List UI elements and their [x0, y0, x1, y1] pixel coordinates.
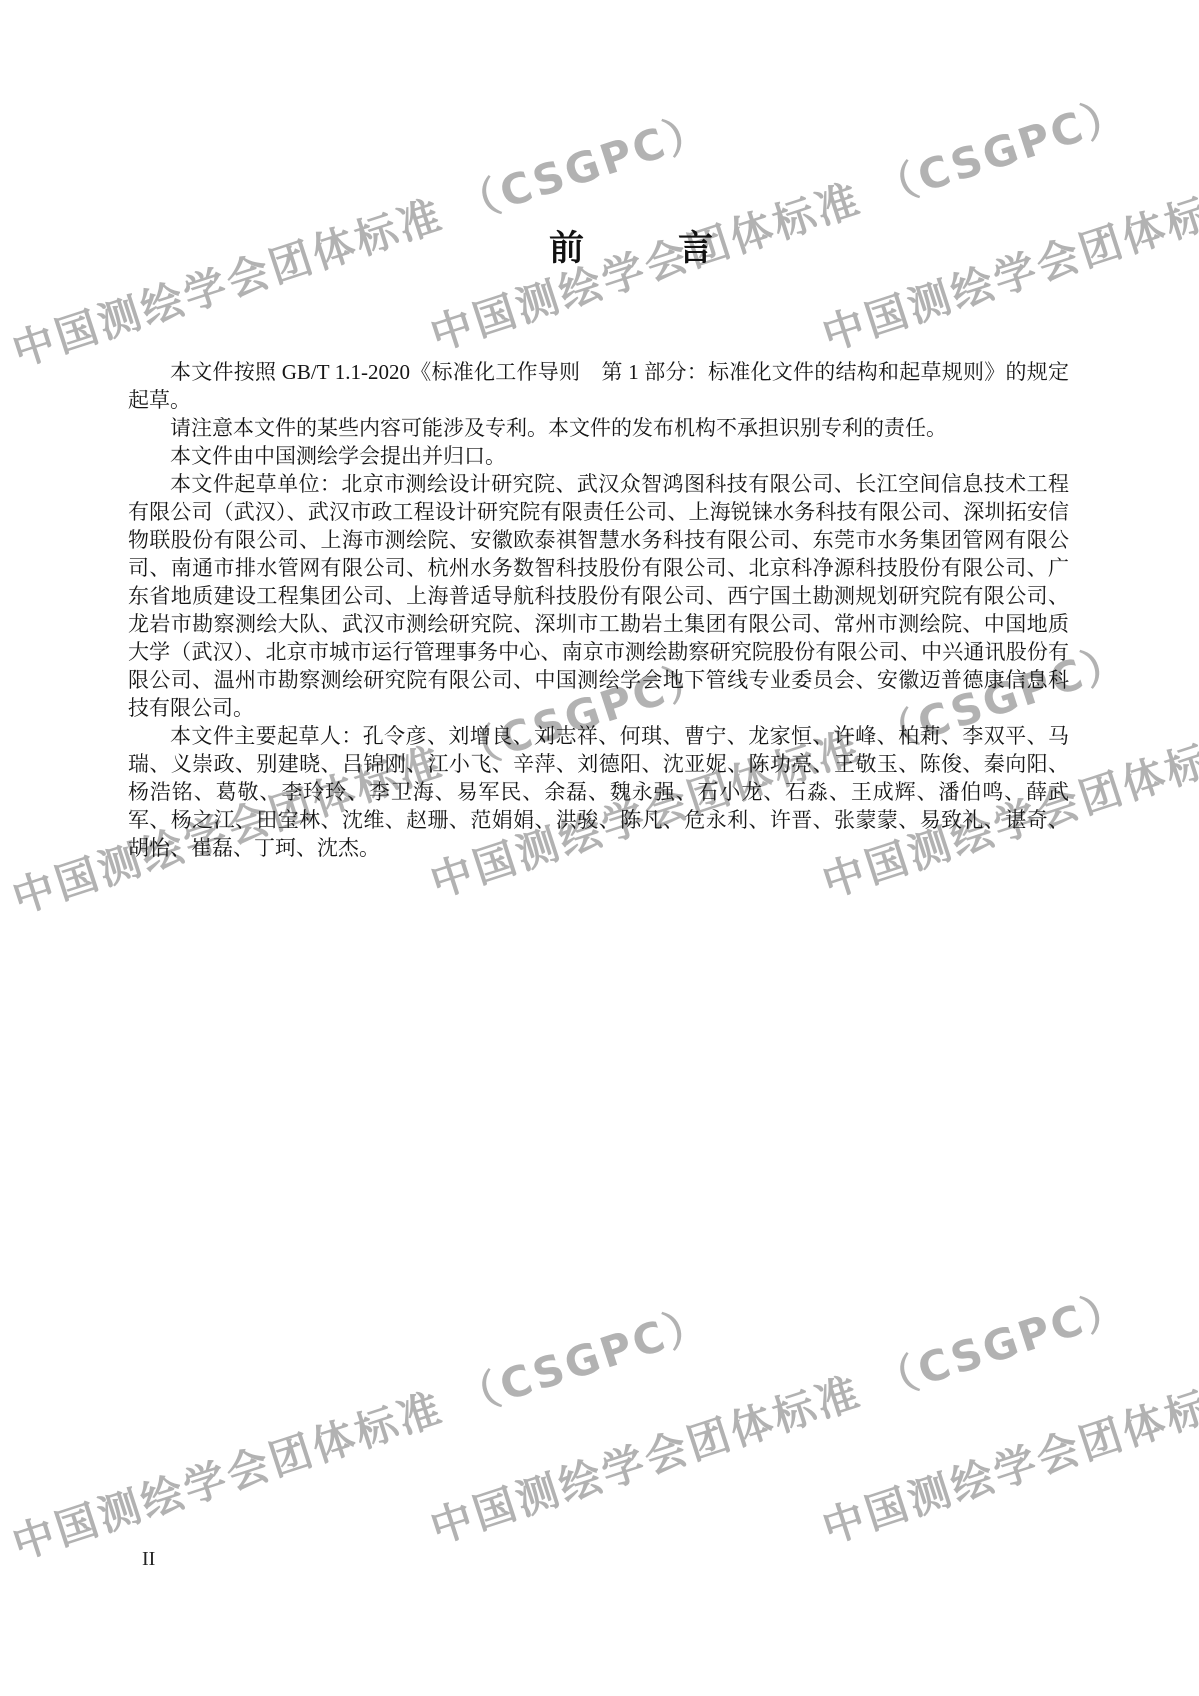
page-number: II — [142, 1548, 155, 1571]
foreword-paragraph: 本文件按照 GB/T 1.1-2020《标准化工作导则 第 1 部分：标准化文件… — [128, 358, 1069, 414]
page-title: 前 言 — [549, 230, 721, 268]
foreword-paragraph: 请注意本文件的某些内容可能涉及专利。本文件的发布机构不承担识别专利的责任。 — [128, 414, 1069, 442]
foreword-paragraph: 本文件主要起草人：孔令彦、刘增良、刘志祥、何琪、曹宁、龙家恒、许峰、柏莉、李双平… — [128, 722, 1069, 862]
foreword-paragraph: 本文件由中国测绘学会提出并归口。 — [128, 442, 1069, 470]
document-page: 中国测绘学会团体标准 （CSGPC） 中国测绘学会团体标准 （CSGPC） 中国… — [0, 0, 1199, 1696]
foreword-content: 本文件按照 GB/T 1.1-2020《标准化工作导则 第 1 部分：标准化文件… — [128, 358, 1069, 862]
document-body: 前 言 本文件按照 GB/T 1.1-2020《标准化工作导则 第 1 部分：标… — [0, 0, 1199, 1696]
foreword-paragraph: 本文件起草单位：北京市测绘设计研究院、武汉众智鸿图科技有限公司、长江空间信息技术… — [128, 470, 1069, 722]
